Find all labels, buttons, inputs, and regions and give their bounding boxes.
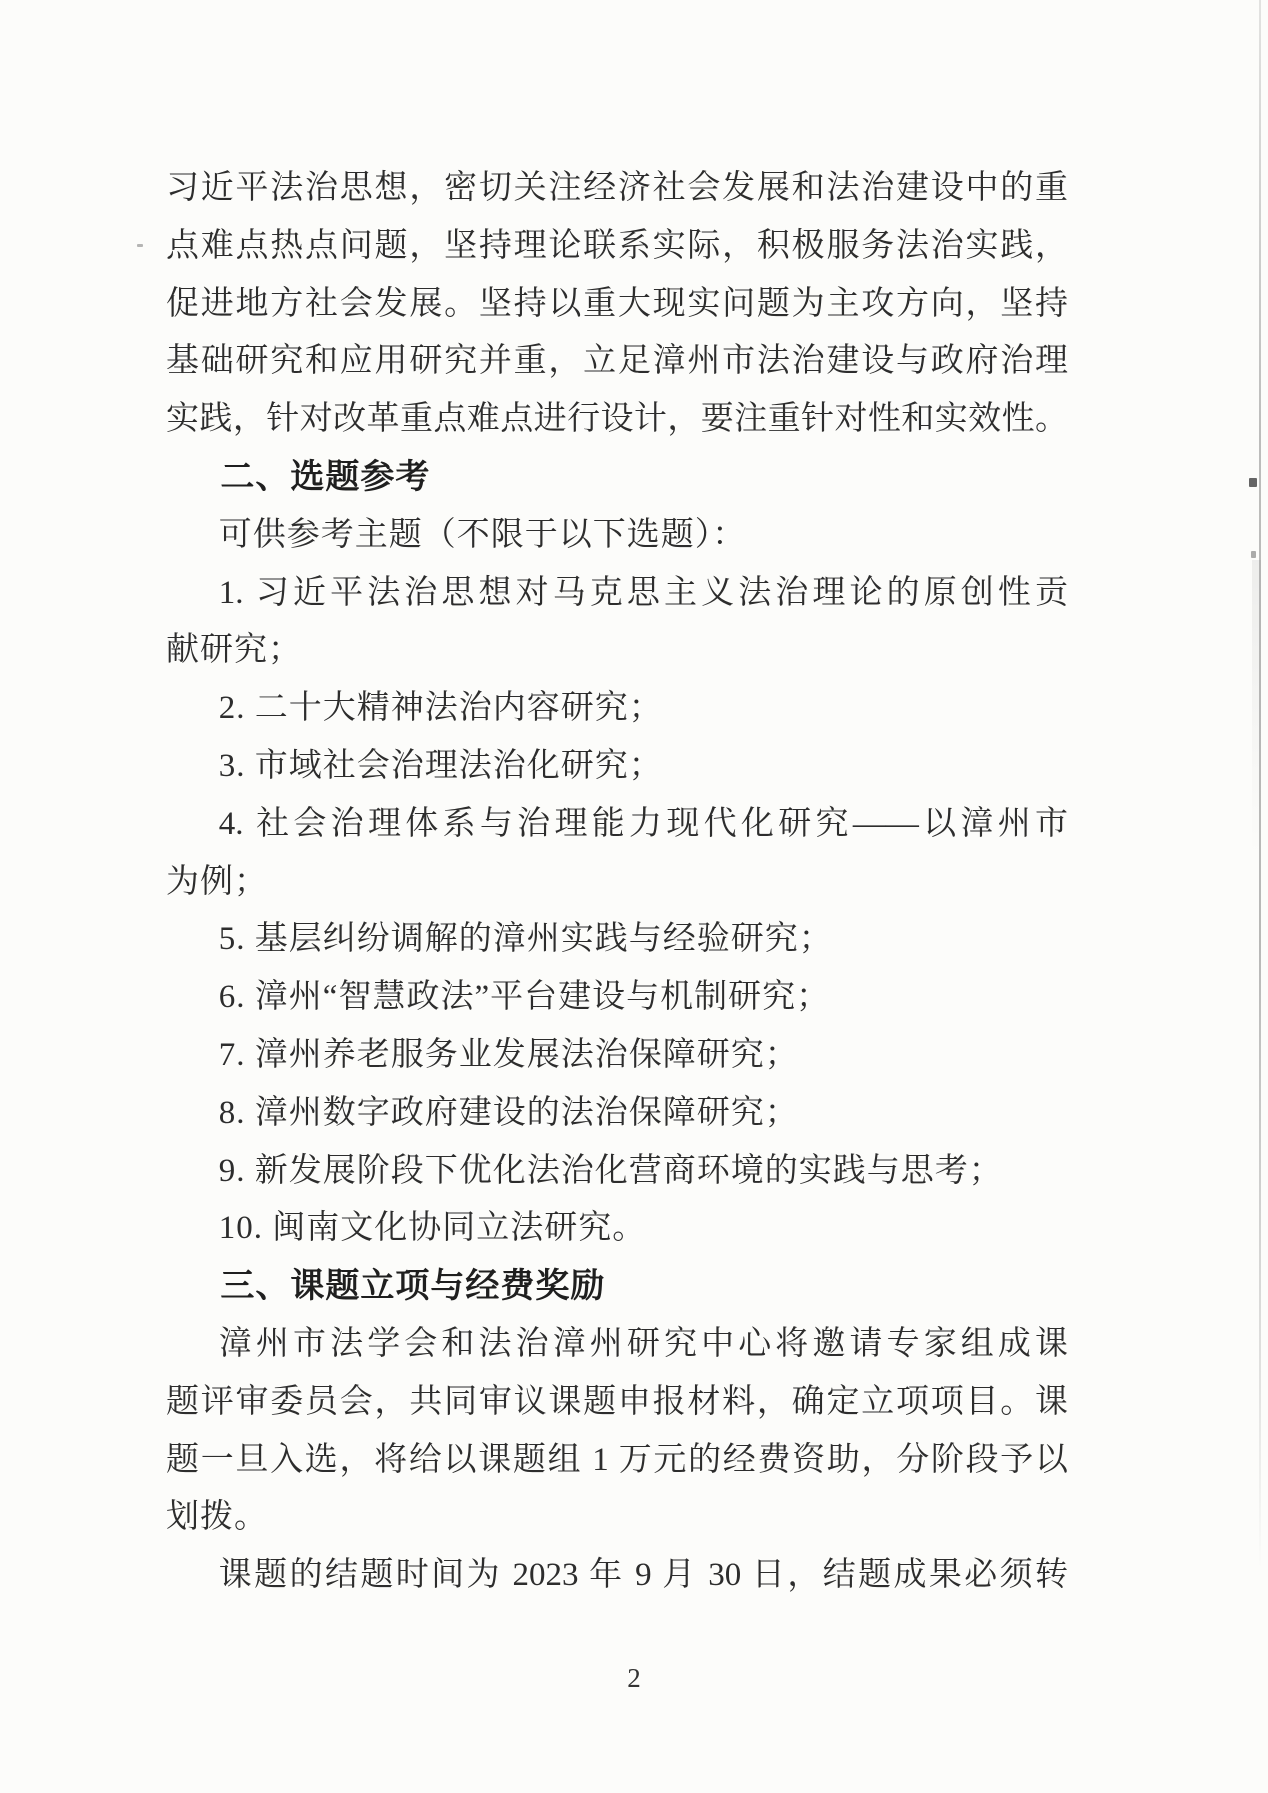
topic-line: 2. 二十大精神法治内容研究； bbox=[166, 680, 1068, 738]
topic-line: 10. 闽南文化协同立法研究。 bbox=[166, 1200, 1068, 1258]
topic-line: 8. 漳州数字政府建设的法治保障研究； bbox=[166, 1085, 1068, 1143]
topic-line: 5. 基层纠纷调解的漳州实践与经验研究； bbox=[166, 911, 1068, 969]
funding-paragraph-line: 漳州市法学会和法治漳州研究中心将邀请专家组成课 bbox=[166, 1316, 1068, 1374]
scan-speck bbox=[137, 244, 143, 247]
opening-paragraph-line: 点难点热点问题，坚持理论联系实际，积极服务法治实践， bbox=[166, 218, 1068, 276]
topic-line: 1. 习近平法治思想对马克思主义法治理论的原创性贡 bbox=[166, 565, 1068, 623]
topic-line: 6. 漳州“智慧政法”平台建设与机制研究； bbox=[166, 969, 1068, 1027]
section3-heading: 三、课题立项与经费奖励 bbox=[166, 1258, 1068, 1316]
funding-paragraph-line: 题一旦入选，将给以课题组 1 万元的经费资助，分阶段予以 bbox=[166, 1432, 1068, 1490]
funding-paragraph-line: 题评审委员会，共同审议课题申报材料，确定立项项目。课 bbox=[166, 1374, 1068, 1432]
topic-line: 9. 新发展阶段下优化法治化营商环境的实践与思考； bbox=[166, 1143, 1068, 1201]
topic-line: 4. 社会治理体系与治理能力现代化研究——以漳州市 bbox=[166, 796, 1068, 854]
scan-speck bbox=[1251, 551, 1256, 558]
topic-line: 3. 市域社会治理法治化研究； bbox=[166, 738, 1068, 796]
section2-heading: 二、选题参考 bbox=[166, 449, 1068, 507]
topic-line: 7. 漳州养老服务业发展法治保障研究； bbox=[166, 1027, 1068, 1085]
deadline-paragraph-line: 课题的结题时间为 2023 年 9 月 30 日，结题成果必须转 bbox=[166, 1547, 1068, 1605]
topic-line: 献研究； bbox=[166, 622, 1068, 680]
page-number: 2 bbox=[0, 1663, 1268, 1694]
topic-line: 为例； bbox=[166, 854, 1068, 912]
opening-paragraph-line: 习近平法治思想，密切关注经济社会发展和法治建设中的重 bbox=[166, 160, 1068, 218]
opening-paragraph-line: 基础研究和应用研究并重，立足漳州市法治建设与政府治理 bbox=[166, 333, 1068, 391]
scan-speck bbox=[1249, 478, 1257, 487]
topics-intro: 可供参考主题（不限于以下选题）： bbox=[166, 507, 1068, 565]
funding-paragraph-line: 划拨。 bbox=[166, 1489, 1068, 1547]
document-body: 习近平法治思想，密切关注经济社会发展和法治建设中的重 点难点热点问题，坚持理论联… bbox=[166, 160, 1068, 1605]
scan-smudge bbox=[1252, 560, 1261, 860]
opening-paragraph-line: 实践，针对改革重点难点进行设计，要注重针对性和实效性。 bbox=[166, 391, 1068, 449]
opening-paragraph-line: 促进地方社会发展。坚持以重大现实问题为主攻方向，坚持 bbox=[166, 276, 1068, 334]
document-page: 习近平法治思想，密切关注经济社会发展和法治建设中的重 点难点热点问题，坚持理论联… bbox=[0, 0, 1268, 1793]
